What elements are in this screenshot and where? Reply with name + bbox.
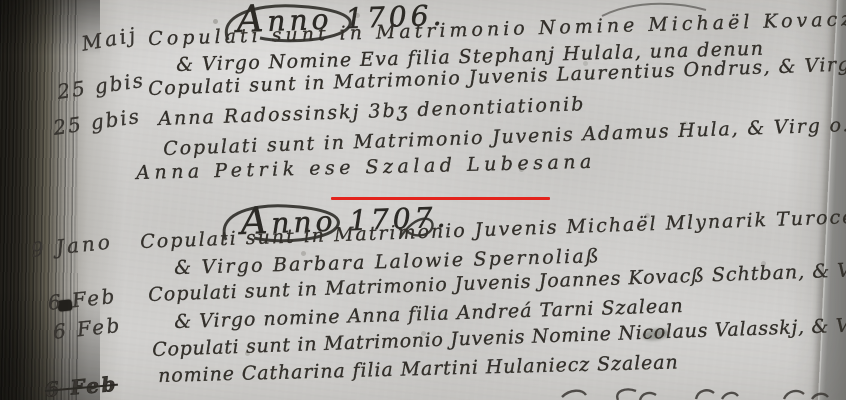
- register-line: Anna Radossinskj 3bʒ denontiationib: [158, 95, 586, 129]
- margin-date: 25 gbis: [52, 106, 142, 138]
- margin-date: 25 gbis: [56, 70, 146, 102]
- handwriting-layer: Anno 1706. Anno 1707. Maij 25 gbis 25 gb…: [0, 0, 846, 400]
- margin-date-struck: 6 Feb: [44, 374, 119, 400]
- margin-date: 6 Feb: [52, 315, 123, 342]
- margin-date: Maij: [80, 24, 140, 54]
- red-underline-annotation: [331, 197, 550, 200]
- clipped-next-line-strokes: [556, 387, 836, 400]
- register-line: nomine Catharina filia Martini Hulaniecz…: [158, 353, 679, 386]
- manuscript-scan: Anno 1706. Anno 1707. Maij 25 gbis 25 gb…: [0, 0, 846, 400]
- margin-date: 6 Feb: [47, 286, 118, 313]
- margin-date: 9 Jano: [30, 231, 114, 259]
